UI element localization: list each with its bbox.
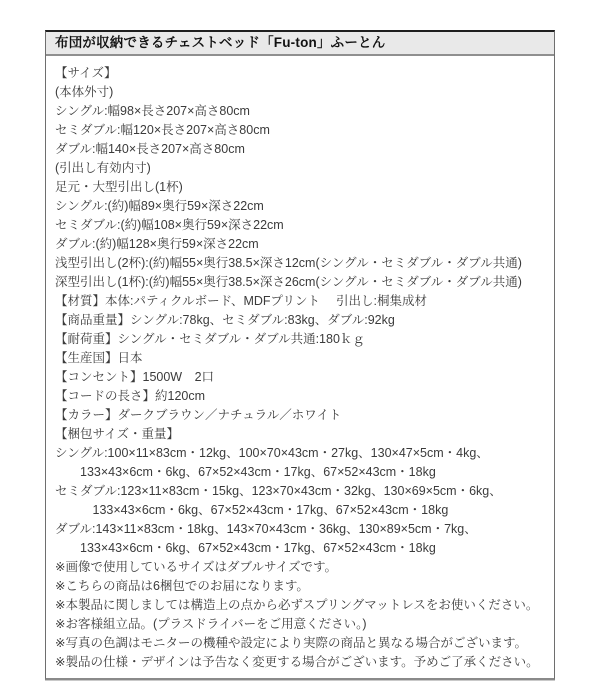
spec-line: 【コードの長さ】約120cm [55, 387, 546, 406]
spec-line: ※こちらの商品は6梱包でのお届になります。 [55, 577, 546, 596]
spec-line: 133×43×6cm・6kg、67×52×43cm・17kg、67×52×43c… [55, 539, 546, 558]
spec-line: セミダブル:123×11×83cm・15kg、123×70×43cm・32kg、… [55, 482, 546, 501]
spec-line: シングル:(約)幅89×奥行59×深さ22cm [55, 197, 546, 216]
product-spec-page: 布団が収納できるチェストベッド「Fu-ton」ふーとん 【サイズ】(本体外寸)シ… [0, 0, 600, 695]
spec-line: 133×43×6cm・6kg、67×52×43cm・17kg、67×52×43c… [55, 463, 546, 482]
spec-line: 【コンセント】1500W 2口 [55, 368, 546, 387]
spec-line: 【商品重量】シングル:78kg、セミダブル:83kg、ダブル:92kg [55, 311, 546, 330]
spec-table: 布団が収納できるチェストベッド「Fu-ton」ふーとん 【サイズ】(本体外寸)シ… [45, 30, 555, 680]
spec-line: 【材質】本体:パティクルボード、MDFプリント 引出し:桐集成材 [55, 292, 546, 311]
spec-line: 【生産国】日本 [55, 349, 546, 368]
spec-line: ダブル:幅140×長さ207×高さ80cm [55, 140, 546, 159]
spec-line: ※製品の仕様・デザインは予告なく変更する場合がございます。予めご了承ください。 [55, 653, 546, 672]
spec-line: シングル:100×11×83cm・12kg、100×70×43cm・27kg、1… [55, 444, 546, 463]
spec-line: ダブル:(約)幅128×奥行59×深さ22cm [55, 235, 546, 254]
spec-line: ※写真の色調はモニターの機種や設定により実際の商品と異なる場合がございます。 [55, 634, 546, 653]
spec-line: ダブル:143×11×83cm・18kg、143×70×43cm・36kg、13… [55, 520, 546, 539]
spec-line: ※画像で使用しているサイズはダブルサイズです。 [55, 558, 546, 577]
spec-line: 足元・大型引出し(1杯) [55, 178, 546, 197]
spec-line: 133×43×6cm・6kg、67×52×43cm・17kg、67×52×43c… [55, 501, 546, 520]
spec-table-body: 【サイズ】(本体外寸)シングル:幅98×長さ207×高さ80cmセミダブル:幅1… [46, 56, 554, 678]
spec-line: 【耐荷重】シングル・セミダブル・ダブル共通:180ｋｇ [55, 330, 546, 349]
spec-line: セミダブル:(約)幅108×奥行59×深さ22cm [55, 216, 546, 235]
spec-line: 深型引出し(1杯):(約)幅55×奥行38.5×深さ26cm(シングル・セミダブ… [55, 273, 546, 292]
spec-line: 【サイズ】 [55, 64, 546, 83]
spec-line: 【梱包サイズ・重量】 [55, 425, 546, 444]
spec-line: 浅型引出し(2杯):(約)幅55×奥行38.5×深さ12cm(シングル・セミダブ… [55, 254, 546, 273]
spec-line: ※本製品に関しましては構造上の点から必ずスプリングマットレスをお使いください。 [55, 596, 546, 615]
spec-table-header: 布団が収納できるチェストベッド「Fu-ton」ふーとん [46, 32, 554, 56]
spec-line: シングル:幅98×長さ207×高さ80cm [55, 102, 546, 121]
spec-line: セミダブル:幅120×長さ207×高さ80cm [55, 121, 546, 140]
spec-line: 【カラー】ダークブラウン／ナチュラル／ホワイト [55, 406, 546, 425]
spec-line: (本体外寸) [55, 83, 546, 102]
spec-line: (引出し有効内寸) [55, 159, 546, 178]
product-title: 布団が収納できるチェストベッド「Fu-ton」ふーとん [55, 35, 385, 50]
spec-line: ※お客様組立品。(プラスドライバーをご用意ください。) [55, 615, 546, 634]
